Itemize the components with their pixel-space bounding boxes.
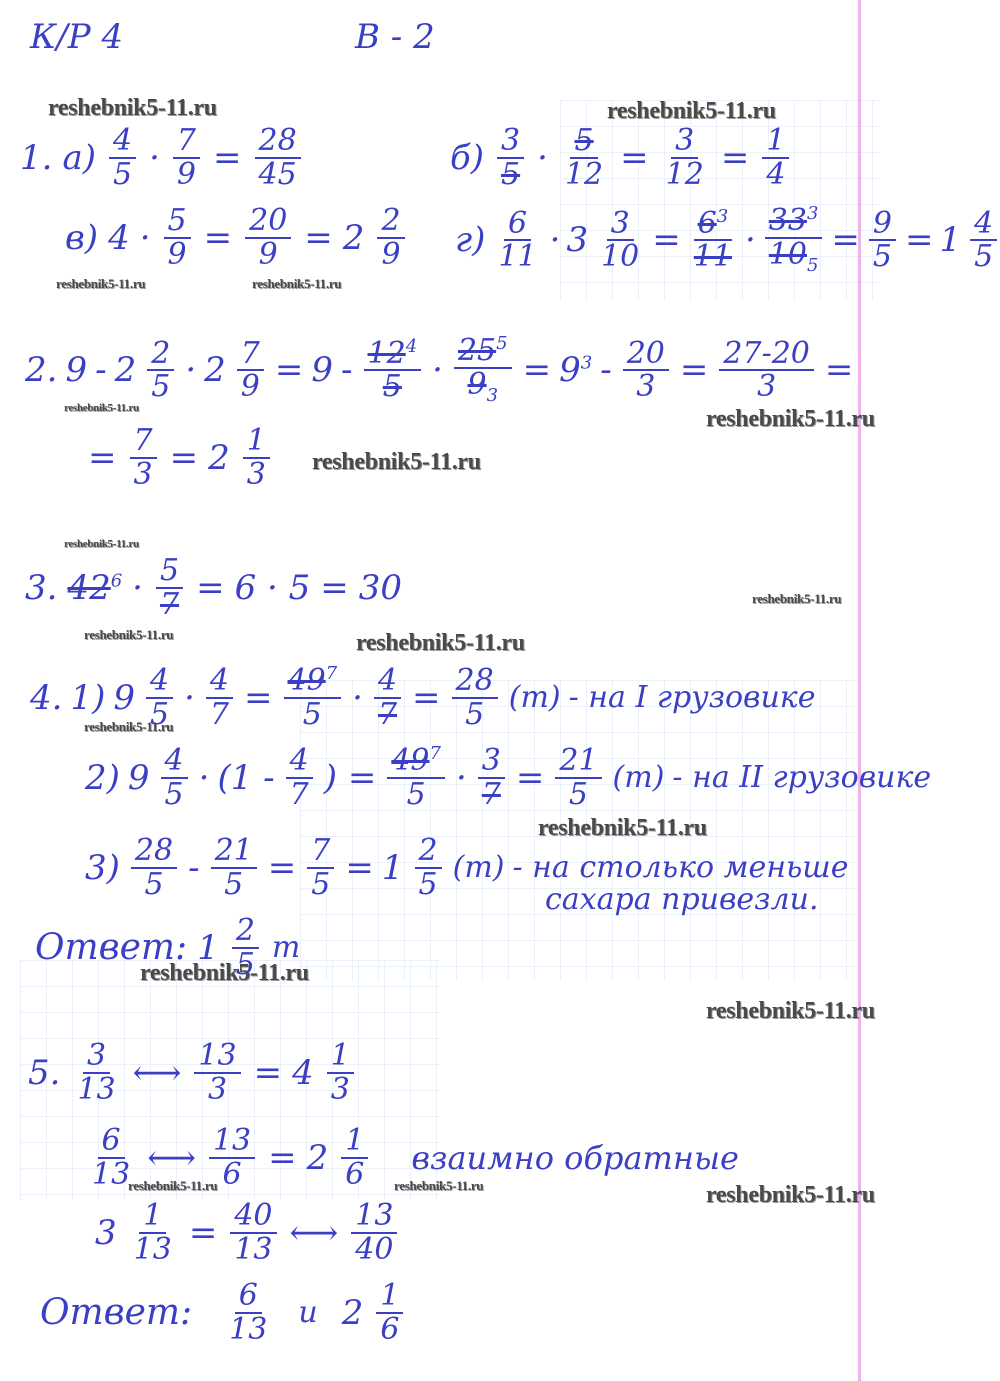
double-arrow-icon: ⟷ <box>147 1141 196 1175</box>
fraction: 1245 <box>361 338 425 403</box>
fraction: 313 <box>70 1040 122 1105</box>
task4-step1: 4. 1) 9 45 · 47 = 4975 · 47 = 285 (т) - … <box>30 665 815 730</box>
fraction: 25 <box>144 338 177 403</box>
fraction: 209 <box>242 205 294 270</box>
subtask-label: г) <box>455 223 485 257</box>
fraction: 45 <box>143 665 176 730</box>
fraction: 45 <box>106 125 139 190</box>
fraction: 13 <box>324 1040 357 1105</box>
task2-expression: 2. 9 - 2 25 · 2 79 = 9 - 1245 · 25593 = … <box>25 335 853 405</box>
task5-row1: 5. 313 ⟷ 133 = 4 13 <box>28 1040 357 1105</box>
subtask-label: б) <box>450 141 484 175</box>
task1-g: г) 611 · 3 310 = 6311 · 333105 = 95 = 1 … <box>455 205 1000 275</box>
fraction: 59 <box>161 205 194 270</box>
fraction: 47 <box>203 665 236 730</box>
task5-row3: 3 113 = 4013 ⟷ 1340 <box>95 1200 400 1265</box>
fraction: 310 <box>594 208 646 273</box>
fraction: 16 <box>338 1125 371 1190</box>
task4-step2: 2) 9 45 · (1 - 47 ) = 4975 · 37 = 215 (т… <box>85 745 931 810</box>
fraction: 4013 <box>227 1200 279 1265</box>
task2-result: = 73 = 2 13 <box>88 425 273 490</box>
task3: 3. 426 · 57 = 6 · 5 = 30 <box>25 555 402 620</box>
task5-answer: Ответ: 613 и 2 16 <box>40 1280 406 1345</box>
fraction: 16 <box>373 1280 406 1345</box>
fraction: 6311 <box>687 208 739 273</box>
task4-answer: Ответ: 1 25 т <box>35 915 300 980</box>
task4-comment-line2: сахара привезли. <box>545 885 819 915</box>
fraction: 37 <box>475 745 508 810</box>
fraction: 133 <box>191 1040 243 1105</box>
fraction: 75 <box>304 835 337 900</box>
task-number: 1. <box>20 141 52 175</box>
double-arrow-icon: ⟷ <box>133 1056 182 1090</box>
fraction: 1340 <box>348 1200 400 1265</box>
watermark: reshebnik5-11.ru <box>56 276 145 292</box>
subtask-label: а) <box>62 141 96 175</box>
task1-a: 1. а) 45 · 79 = 2845 <box>20 125 304 190</box>
task1-v: в) 4 · 59 = 209 = 2 29 <box>65 205 408 270</box>
fraction: 312 <box>659 125 711 190</box>
watermark: reshebnik5-11.ru <box>706 998 875 1025</box>
watermark: reshebnik5-11.ru <box>84 627 173 643</box>
fraction: 47 <box>371 665 404 730</box>
fraction: 79 <box>170 125 203 190</box>
watermark: reshebnik5-11.ru <box>752 591 841 607</box>
watermark: reshebnik5-11.ru <box>607 98 776 125</box>
watermark: reshebnik5-11.ru <box>48 95 217 122</box>
fraction: 512 <box>558 125 610 190</box>
fraction: 25 <box>229 915 262 980</box>
watermark: reshebnik5-11.ru <box>252 276 341 292</box>
fraction: 79 <box>234 338 267 403</box>
fraction: 613 <box>85 1125 137 1190</box>
fraction: 285 <box>128 835 180 900</box>
task-number: 2. <box>25 353 57 387</box>
fraction: 333105 <box>762 205 826 275</box>
fraction: 25 <box>412 835 445 900</box>
fraction: 4975 <box>281 665 345 730</box>
watermark: reshebnik5-11.ru <box>706 406 875 433</box>
fraction: 57 <box>153 555 186 620</box>
watermark: reshebnik5-11.ru <box>64 538 139 550</box>
fraction: 95 <box>866 208 899 273</box>
task1-b: б) 35 · 512 = 312 = 14 <box>450 125 792 190</box>
fraction: 113 <box>127 1200 179 1265</box>
watermark: reshebnik5-11.ru <box>356 630 525 657</box>
header-title: К/Р 4 <box>30 20 123 54</box>
fraction: 45 <box>967 208 1000 273</box>
fraction: 45 <box>158 745 191 810</box>
fraction: 25593 <box>451 335 515 405</box>
fraction: 13 <box>240 425 273 490</box>
fraction: 35 <box>494 125 527 190</box>
fraction: 73 <box>127 425 160 490</box>
fraction: 613 <box>222 1280 274 1345</box>
subtask-label: в) <box>65 221 98 255</box>
header-variant: В - 2 <box>355 20 435 54</box>
task-number: 4. <box>30 681 62 715</box>
double-arrow-icon: ⟷ <box>290 1216 339 1250</box>
fraction: 29 <box>374 205 407 270</box>
fraction: 2845 <box>252 125 304 190</box>
fraction: 47 <box>283 745 316 810</box>
fraction: 611 <box>491 208 543 273</box>
fraction: 27-203 <box>716 338 816 403</box>
fraction: 215 <box>552 745 604 810</box>
fraction: 14 <box>759 125 792 190</box>
notebook-page: К/Р 4 В - 2 reshebnik5-11.ru reshebnik5-… <box>0 0 1000 1381</box>
fraction: 136 <box>206 1125 258 1190</box>
task-number: 5. <box>28 1056 60 1090</box>
task-number: 3. <box>25 571 57 605</box>
fraction: 285 <box>449 665 501 730</box>
fraction: 4975 <box>384 745 448 810</box>
task5-row2: 613 ⟷ 136 = 2 16 взаимно обратные <box>85 1125 739 1190</box>
watermark: reshebnik5-11.ru <box>312 449 481 476</box>
fraction: 215 <box>208 835 260 900</box>
fraction: 203 <box>620 338 672 403</box>
